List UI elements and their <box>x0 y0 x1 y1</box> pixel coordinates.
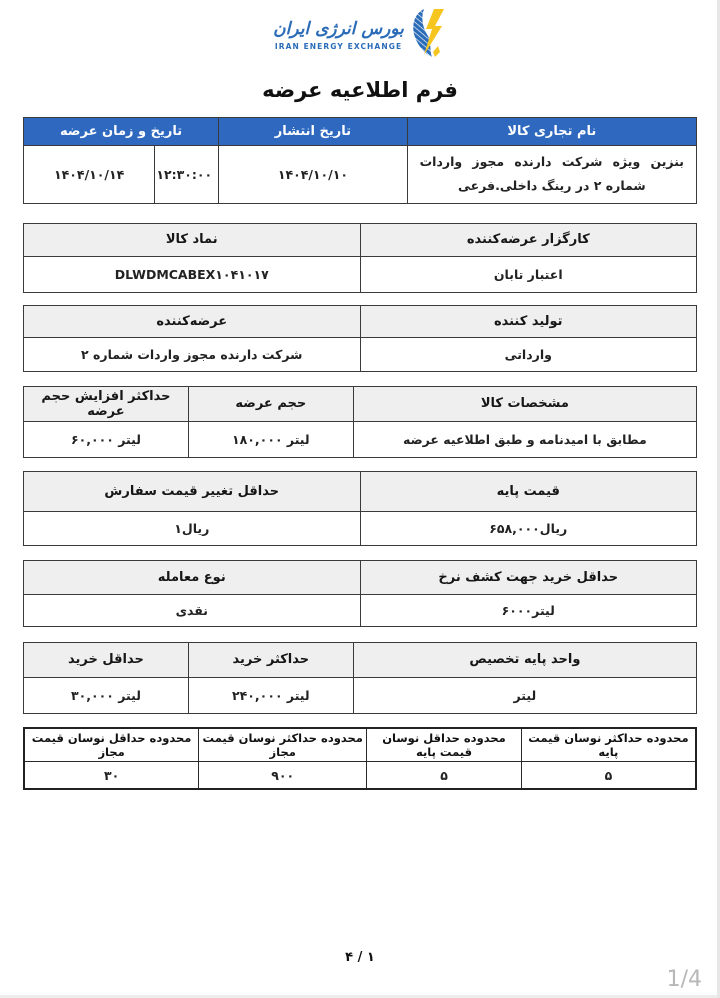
header-publish-date: تاریخ انتشار <box>219 118 407 146</box>
value-max-buy: لیتر ۲۴۰,۰۰۰ <box>188 677 353 713</box>
value-commodity-symbol: DLWDMCABEX۱۰۴۱۰۱۷ <box>24 256 361 292</box>
logo-block: بورس انرژی ایران IRAN ENERGY EXCHANGE <box>0 0 720 62</box>
value-supplier-broker: اعتبار تابان <box>360 256 697 292</box>
value-max-allowed-fluctuation: ۹۰۰ <box>199 761 367 789</box>
value-producer: وارداتی <box>360 337 697 371</box>
page-number-fa: ۱ / ۴ <box>0 950 720 965</box>
header-commodity-name: نام تجاری کالا <box>407 118 696 146</box>
value-min-buy: لیتر ۳۰,۰۰۰ <box>24 677 189 713</box>
header-offer-volume: حجم عرضه <box>188 386 353 421</box>
header-max-base-fluctuation: محدوده حداکثر نوسان قیمت پایه <box>521 728 696 762</box>
value-publish-date: ۱۴۰۴/۱۰/۱۰ <box>219 146 407 204</box>
header-allocation-unit: واحد پایه تخصیص <box>353 642 696 677</box>
producer-supplier-table: تولید کننده عرضه‌کننده وارداتی شرکت دارن… <box>23 305 697 372</box>
value-min-buy-discovery: لیتر۶۰۰۰ <box>360 594 697 626</box>
header-max-buy: حداکثر خرید <box>188 642 353 677</box>
value-offer-date: ۱۴۰۴/۱۰/۱۴ <box>24 146 155 204</box>
offer-form-page: بورس انرژی ایران IRAN ENERGY EXCHANGE <box>0 0 720 998</box>
header-offer-datetime: تاریخ و زمان عرضه <box>24 118 219 146</box>
header-min-allowed-fluctuation: محدوده حداقل نوسان قیمت مجاز <box>24 728 199 762</box>
header-trade-type: نوع معامله <box>24 560 361 594</box>
logo-persian-name: بورس انرژی ایران <box>273 19 404 39</box>
header-supplier-broker: کارگزار عرضه‌کننده <box>360 223 697 256</box>
header-min-price-tick: حداقل تغییر قیمت سفارش <box>24 471 361 511</box>
price-table: قیمت پایه حداقل تغییر قیمت سفارش ریال۶۵۸… <box>23 471 697 546</box>
broker-symbol-table: کارگزار عرضه‌کننده نماد کالا اعتبار تابا… <box>23 223 697 293</box>
header-commodity-specs: مشخصات کالا <box>353 386 696 421</box>
header-max-volume-increase: حداکثر افزایش حجم عرضه <box>24 386 189 421</box>
value-min-allowed-fluctuation: ۳۰ <box>24 761 199 789</box>
value-commodity-specs: مطابق با امیدنامه و طبق اطلاعیه عرضه <box>353 421 696 457</box>
header-supplier: عرضه‌کننده <box>24 305 361 337</box>
value-trade-type: نقدی <box>24 594 361 626</box>
value-supplier: شرکت دارنده مجوز واردات شماره ۲ <box>24 337 361 371</box>
allocation-buy-limits-table: واحد پایه تخصیص حداکثر خرید حداقل خرید ل… <box>23 642 697 714</box>
value-commodity-name: بنزین ویژه شرکت دارنده مجوز واردات شماره… <box>407 146 696 204</box>
value-min-price-tick: ریال۱ <box>24 511 361 545</box>
discovery-tradetype-table: حداقل خرید جهت کشف نرخ نوع معامله لیتر۶۰… <box>23 560 697 627</box>
energy-exchange-logo-icon <box>411 8 447 62</box>
value-max-volume-increase: لیتر ۶۰,۰۰۰ <box>24 421 189 457</box>
header-min-base-fluctuation: محدوده حداقل نوسان قیمت پایه <box>367 728 522 762</box>
viewer-page-indicator: 1/4 <box>667 967 702 992</box>
logo-english-name: IRAN ENERGY EXCHANGE <box>273 42 404 51</box>
price-fluctuation-range-table: محدوده حداکثر نوسان قیمت پایه محدوده حدا… <box>23 727 697 791</box>
value-allocation-unit: لیتر <box>353 677 696 713</box>
header-max-allowed-fluctuation: محدوده حداکثر نوسان قیمت مجاز <box>199 728 367 762</box>
value-offer-volume: لیتر ۱۸۰,۰۰۰ <box>188 421 353 457</box>
header-base-price: قیمت پایه <box>360 471 697 511</box>
value-min-base-fluctuation: ۵ <box>367 761 522 789</box>
header-min-buy-discovery: حداقل خرید جهت کشف نرخ <box>360 560 697 594</box>
header-producer: تولید کننده <box>360 305 697 337</box>
offer-summary-table: نام تجاری کالا تاریخ انتشار تاریخ و زمان… <box>23 117 697 204</box>
specs-volume-table: مشخصات کالا حجم عرضه حداکثر افزایش حجم ع… <box>23 386 697 458</box>
value-offer-time: ۱۲:۳۰:۰۰ <box>155 146 219 204</box>
form-title: فرم اطلاعیه عرضه <box>0 78 720 102</box>
value-base-price: ریال۶۵۸,۰۰۰ <box>360 511 697 545</box>
value-max-base-fluctuation: ۵ <box>521 761 696 789</box>
header-commodity-symbol: نماد کالا <box>24 223 361 256</box>
header-min-buy: حداقل خرید <box>24 642 189 677</box>
